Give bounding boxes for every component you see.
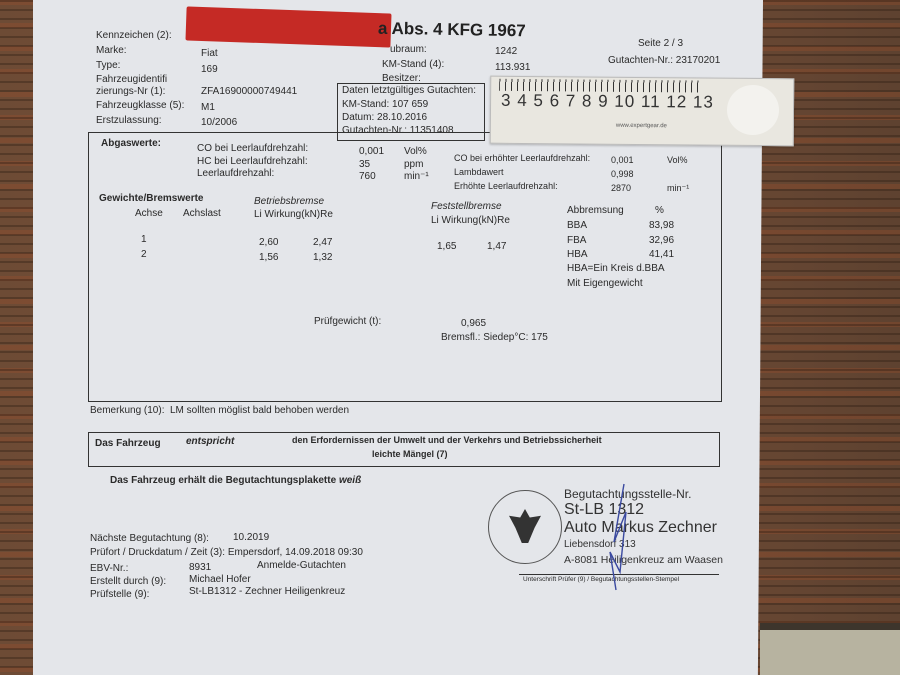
ruler-smudge bbox=[727, 85, 779, 135]
last-report-heading: Daten letztgültiges Gutachten: bbox=[342, 85, 476, 96]
emission-unit: Vol% bbox=[404, 146, 427, 157]
emission-unit: min⁻¹ bbox=[667, 183, 689, 194]
floor bbox=[760, 630, 900, 675]
abbremsung-label: HBA bbox=[567, 249, 588, 260]
last-report-km: KM-Stand: 107 659 bbox=[342, 99, 428, 110]
remark-label: Bemerkung (10): bbox=[90, 405, 164, 416]
emissions-heading: Abgaswerte: bbox=[101, 138, 161, 149]
abbremsung-value: 41,41 bbox=[649, 249, 674, 260]
erstzulassung-label: Erstzulassung: bbox=[96, 115, 162, 126]
emission-label: CO bei erhöhter Leerlaufdrehzahl: bbox=[454, 153, 590, 163]
type-label: Type: bbox=[96, 60, 120, 71]
verdict-text: den Erfordernissen der Umwelt und der Ve… bbox=[292, 435, 602, 445]
axle-1-fs-li: 1,65 bbox=[437, 241, 456, 252]
hubraum-label: ubraum: bbox=[390, 44, 427, 55]
measurements-box: Abgaswerte: CO bei Leerlaufdrehzahl:0,00… bbox=[88, 132, 722, 402]
document-title: a Abs. 4 KFG 1967 bbox=[378, 19, 526, 42]
emission-label: Leerlaufdrehzahl: bbox=[197, 168, 274, 179]
kennzeichen-label: Kennzeichen (2): bbox=[96, 30, 172, 41]
erstellt-value: Michael Hofer bbox=[189, 574, 251, 585]
abbremsung-label: BBA bbox=[567, 220, 587, 231]
ruler-numbers: 3 4 5 6 7 8 9 10 11 12 13 bbox=[501, 91, 714, 113]
next-inspection-label: Nächste Begutachtung (8): bbox=[90, 533, 209, 544]
emission-value: 0,001 bbox=[611, 155, 634, 165]
emission-label: HC bei Leerlaufdrehzahl: bbox=[197, 156, 308, 167]
emission-label: CO bei Leerlaufdrehzahl: bbox=[197, 143, 308, 154]
pruefgewicht-value: 0,965 bbox=[461, 318, 486, 329]
achslast-header: Achslast bbox=[183, 208, 221, 219]
eigengewicht-note: Mit Eigengewicht bbox=[567, 278, 643, 289]
erstellt-label: Erstellt durch (9): bbox=[90, 576, 166, 587]
ebv-label: EBV-Nr.: bbox=[90, 563, 128, 574]
emission-value: 0,001 bbox=[359, 146, 384, 157]
plakette-line: Das Fahrzeug erhält die Begutachtungspla… bbox=[110, 475, 361, 486]
feststellbremse-wirkung-header: Li Wirkung(kN)Re bbox=[431, 215, 510, 226]
fin-label-2: zierungs-Nr (1): bbox=[96, 86, 165, 97]
km-label: KM-Stand (4): bbox=[382, 59, 444, 70]
axle-2-li: 1,56 bbox=[259, 252, 278, 263]
axle-1-fs-re: 1,47 bbox=[487, 241, 506, 252]
achse-header: Achse bbox=[135, 208, 163, 219]
percent-header: % bbox=[655, 205, 664, 216]
pruefort-label: Prüfort / Druckdatum / Zeit (3): bbox=[90, 547, 225, 558]
klasse-label: Fahrzeugklasse (5): bbox=[96, 100, 184, 111]
ebv-value: 8931 bbox=[189, 562, 211, 573]
emission-unit: ppm bbox=[404, 159, 423, 170]
fin-label-1: Fahrzeugidentifi bbox=[96, 74, 167, 85]
abbremsung-header: Abbremsung bbox=[567, 205, 624, 216]
fin-value: ZFA16900000749441 bbox=[201, 86, 297, 97]
emission-label: Erhöhte Leerlaufdrehzahl: bbox=[454, 181, 558, 191]
marke-label: Marke: bbox=[96, 45, 127, 56]
erstzulassung-value: 10/2006 bbox=[201, 117, 237, 128]
remark-text: LM sollten möglist bald behoben werden bbox=[170, 405, 349, 416]
pruefgewicht-label: Prüfgewicht (t): bbox=[314, 316, 381, 327]
emission-value: 35 bbox=[359, 159, 370, 170]
marke-value: Fiat bbox=[201, 48, 218, 59]
axle-2-re: 1,32 bbox=[313, 252, 332, 263]
type-value: 169 bbox=[201, 64, 218, 75]
pruefort-value: Empersdorf, 14.09.2018 09:30 bbox=[228, 547, 363, 558]
klasse-value: M1 bbox=[201, 102, 215, 113]
verdict-box: Das Fahrzeug entspricht den Erforderniss… bbox=[88, 432, 720, 467]
emission-value: 2870 bbox=[611, 183, 631, 193]
redaction-bar bbox=[185, 6, 391, 47]
report-number: Gutachten-Nr.: 23170201 bbox=[608, 55, 720, 66]
abbremsung-value: 83,98 bbox=[649, 220, 674, 231]
signature-scribble bbox=[596, 482, 636, 592]
emission-unit: Vol% bbox=[667, 155, 688, 165]
ruler-overlay: 3 4 5 6 7 8 9 10 11 12 13 www.expertgear… bbox=[490, 76, 795, 147]
plakette-color: weiß bbox=[339, 475, 361, 486]
abbremsung-value: 32,96 bbox=[649, 235, 674, 246]
axle-1-li: 2,60 bbox=[259, 237, 278, 248]
hubraum-value: 1242 bbox=[495, 46, 517, 57]
axle-2: 2 bbox=[141, 249, 147, 260]
eagle-emblem-icon bbox=[509, 509, 541, 543]
verdict-subject: Das Fahrzeug bbox=[95, 438, 161, 449]
betriebsbremse-wirkung-header: Li Wirkung(kN)Re bbox=[254, 209, 333, 220]
verdict-status: entspricht bbox=[186, 436, 234, 447]
verdict-defects: leichte Mängel (7) bbox=[372, 449, 448, 459]
axle-1: 1 bbox=[141, 234, 147, 245]
brakes-heading: Gewichte/Bremswerte bbox=[99, 193, 204, 204]
feststellbremse-header: Feststellbremse bbox=[431, 201, 502, 212]
stamp-city: A-8081 Heiligenkreuz am Waasen bbox=[564, 554, 723, 566]
ruler-url: www.expertgear.de bbox=[616, 123, 667, 129]
axle-1-re: 2,47 bbox=[313, 237, 332, 248]
emission-unit: min⁻¹ bbox=[404, 171, 429, 182]
betriebsbremse-header: Betriebsbremse bbox=[254, 196, 324, 207]
pruefort-line: Prüfort / Druckdatum / Zeit (3): Empersd… bbox=[90, 547, 363, 558]
emission-label: Lambdawert bbox=[454, 167, 504, 177]
km-value: 113.931 bbox=[495, 62, 530, 73]
emission-value: 0,998 bbox=[611, 169, 634, 179]
next-inspection-value: 10.2019 bbox=[233, 532, 269, 543]
plakette-text: Das Fahrzeug erhält die Begutachtungspla… bbox=[110, 475, 336, 486]
hba-note: HBA=Ein Kreis d.BBA bbox=[567, 263, 665, 274]
emission-value: 760 bbox=[359, 171, 376, 182]
pruefstelle-value: St-LB1312 - Zechner Heiligenkreuz bbox=[189, 586, 345, 597]
abbremsung-label: FBA bbox=[567, 235, 586, 246]
ebv-type: Anmelde-Gutachten bbox=[257, 560, 346, 571]
stamp-name: Auto Markus Zechner bbox=[564, 519, 717, 537]
siedepunkt: Bremsfl.: Siedep°C: 175 bbox=[441, 332, 548, 343]
official-seal bbox=[488, 490, 562, 564]
last-report-date: Datum: 28.10.2016 bbox=[342, 112, 427, 123]
pruefstelle-label: Prüfstelle (9): bbox=[90, 589, 149, 600]
page-number: Seite 2 / 3 bbox=[638, 38, 683, 49]
